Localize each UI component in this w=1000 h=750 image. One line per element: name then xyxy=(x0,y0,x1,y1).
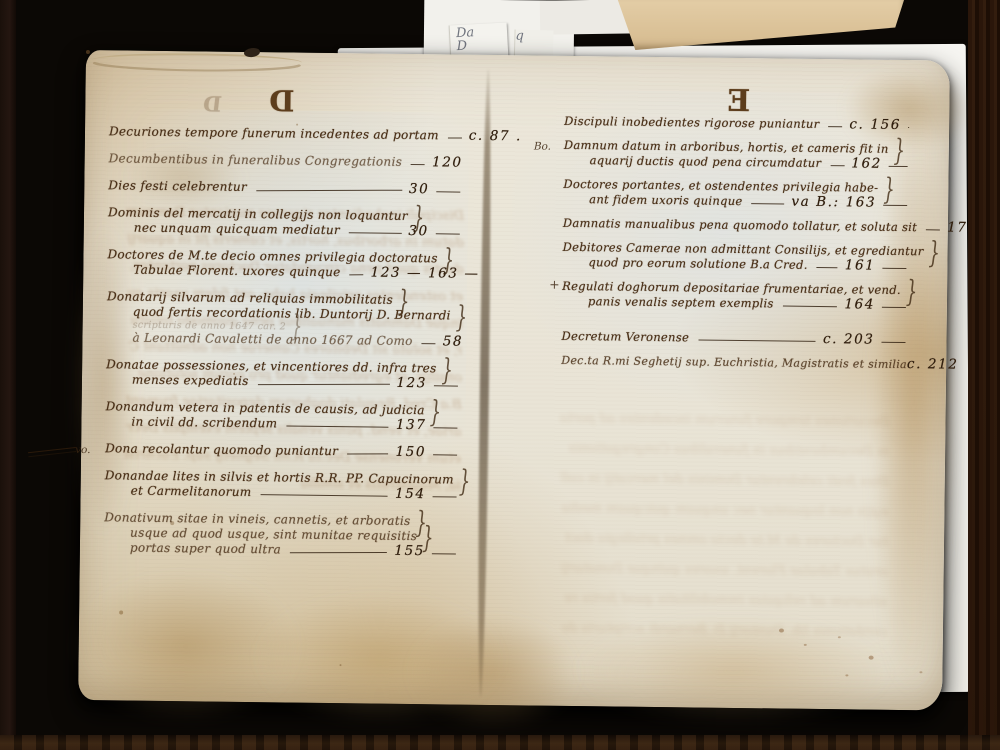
water-stain xyxy=(70,570,302,723)
dash-tail xyxy=(436,233,460,234)
photograph-of-manuscript: { "scene": { "description": "Open 17th-c… xyxy=(0,0,1000,750)
folio-number: 30 xyxy=(408,224,429,239)
brace-mark: } xyxy=(906,285,918,302)
entry-text: à Leonardi Cavaletti de anno 1667 ad Com… xyxy=(132,331,412,349)
dash-leader xyxy=(258,384,390,385)
dash-tail xyxy=(882,307,906,308)
bleed-right: Decuriones tempore funerum incedentes ad… xyxy=(557,404,890,652)
entry-text: Decretum Veronense xyxy=(561,329,689,346)
folio-number: 164 xyxy=(844,297,875,312)
dash-leader xyxy=(349,232,401,234)
page-stack-edges xyxy=(92,52,302,71)
entry-text: Dec.ta R.mi Seghetij sup. Euchristia, Ma… xyxy=(561,353,907,372)
entry-line: Doctores portantes, et ostendentes privi… xyxy=(563,177,907,196)
entry-text: usque ad quod usque, sint munitae requis… xyxy=(130,526,417,545)
index-entry: Doctores portantes, et ostendentes privi… xyxy=(563,177,907,211)
entry-text: Donandae lites in silvis et hortis R.R. … xyxy=(105,468,454,487)
index-entry: Donandum vetera in patentis de causis, a… xyxy=(105,399,457,433)
folio-number: 30 xyxy=(409,182,430,197)
dash-leader xyxy=(260,494,388,497)
entry-line: vo.Dona recolantur quomodo puniantur150 xyxy=(105,441,457,460)
entry-line: Donandum vetera in patentis de causis, a… xyxy=(106,399,458,418)
index-entry: Debitores Camerae non admittant Consilij… xyxy=(562,240,906,274)
index-entry: Dec.ta R.mi Seghetij sup. Euchristia, Ma… xyxy=(561,353,905,372)
water-stain xyxy=(843,65,974,153)
brace-mark: } xyxy=(291,319,303,336)
dash-tail xyxy=(882,268,906,269)
entry-line: Debitores Camerae non admittant Consilij… xyxy=(563,240,907,259)
entry-line: portas super quod ultra155 xyxy=(130,541,456,560)
dash-leader xyxy=(448,137,462,138)
bleed-left: Discipuli inobedientes rigorose puniantu… xyxy=(120,198,464,532)
brace-mark: } xyxy=(413,211,425,228)
entry-line: ant fidem uxoris quinqueva B.: 163 xyxy=(589,192,907,211)
manila-folder xyxy=(612,0,904,50)
brace-mark: } xyxy=(456,310,468,327)
folio-number: c. 87 . xyxy=(469,129,522,145)
entry-line: Dec.ta R.mi Seghetij sup. Euchristia, Ma… xyxy=(561,353,905,372)
entry-text: et Carmelitanorum xyxy=(131,484,252,500)
entry-line: panis venalis septem exemplis164 xyxy=(588,294,906,313)
brace-mark: } xyxy=(459,474,471,491)
entry-line: quod fertis recordationis lib. Duntorij … xyxy=(133,305,459,324)
entry-text: quod pro eorum solutione B.a Cred. xyxy=(588,255,807,273)
dash-tail xyxy=(433,427,457,428)
index-entry: Decretum Veronensec. 203 xyxy=(561,329,905,348)
entry-line: et Carmelitanorum154 xyxy=(131,484,457,503)
dash-leader xyxy=(830,165,844,166)
index-entry: Donatae possessiones, et vincentiores dd… xyxy=(106,357,458,391)
entry-line: Donandae lites in silvis et hortis R.R. … xyxy=(105,468,457,487)
folio-number: 155 xyxy=(394,544,425,559)
dash-leader xyxy=(783,306,838,308)
entry-text: Dona recolantur quomodo puniantur xyxy=(105,441,338,459)
dash-tail xyxy=(889,166,908,167)
dash-leader xyxy=(422,343,436,344)
brace-mark: } xyxy=(928,246,940,263)
binding-remnant xyxy=(243,47,260,58)
book-gutter xyxy=(476,69,493,697)
water-stain xyxy=(124,146,245,207)
brace-mark: } xyxy=(443,253,455,270)
brace-mark: } xyxy=(415,516,427,533)
margin-mark: vo. xyxy=(75,443,91,458)
dash-tail xyxy=(436,191,460,192)
entry-line: à Leonardi Cavaletti de anno 1667 ad Com… xyxy=(132,331,458,350)
entry-line: Decumbentibus in funeralibus Congregatio… xyxy=(109,151,461,170)
dash-leader xyxy=(286,425,389,427)
entry-line: Damnatis manualibus pena quomodo tollatu… xyxy=(563,216,907,235)
entry-line: Dies festi celebrentur30 xyxy=(108,178,460,197)
dash-tail xyxy=(434,385,458,386)
entry-line: quod pro eorum solutione B.a Cred.161 xyxy=(588,255,906,274)
folio-number: 154 xyxy=(395,487,426,502)
dash-tail xyxy=(883,205,907,206)
entry-line: Discipuli inobedientes rigorose puniantu… xyxy=(564,114,908,133)
dash-leader xyxy=(256,190,402,192)
entry-line: +Regulati doghorum depositariae frumenta… xyxy=(562,279,906,298)
entry-text: Damnatis manualibus pena quomodo tollatu… xyxy=(563,216,917,235)
index-entry: Dies festi celebrentur30 xyxy=(108,178,460,197)
dash-leader xyxy=(347,453,388,454)
index-entry: +Regulati doghorum depositariae frumenta… xyxy=(562,279,906,313)
entry-text: Debitores Camerae non admittant Consilij… xyxy=(563,240,924,259)
dash-leader xyxy=(817,267,838,268)
index-entry: Donandae lites in silvis et hortis R.R. … xyxy=(105,468,457,502)
brace-mark: } xyxy=(422,531,434,548)
entry-text: quod fertis recordationis lib. Duntorij … xyxy=(133,305,451,324)
entry-text: scripturis de anno 1647 car. 2 xyxy=(133,320,287,333)
entry-line: scripturis de anno 1647 car. 2} xyxy=(133,320,459,335)
entry-text: ant fidem uxoris quinque xyxy=(589,192,743,209)
index-entry: Bo.Damnum datum in arboribus, hortis, et… xyxy=(564,138,908,172)
brace-mark: } xyxy=(441,363,453,380)
index-entry: Decuriones tempore funerum incedentes ad… xyxy=(109,124,461,143)
dash-leader xyxy=(926,229,940,230)
index-entry: Donatarij silvarum ad reliquias immobili… xyxy=(106,289,459,349)
entry-text: panis venalis septem exemplis xyxy=(588,294,774,311)
entry-text: Doctores portantes, et ostendentes privi… xyxy=(563,177,878,196)
dash-leader xyxy=(411,164,425,165)
dash-leader xyxy=(350,274,364,275)
index-entry: Discipuli inobedientes rigorose puniantu… xyxy=(564,114,908,133)
right-page xyxy=(510,89,934,404)
foxing-speckles xyxy=(86,50,90,54)
entry-text: Decumbentibus in funeralibus Congregatio… xyxy=(109,151,403,170)
folio-number: 120 xyxy=(432,155,463,170)
dash-tail xyxy=(433,454,457,455)
entry-text: Donandum vetera in patentis de causis, a… xyxy=(106,399,425,418)
index-entry: Doctores de M.te decio omnes privilegia … xyxy=(107,247,459,281)
folio-number: c. 203 xyxy=(823,332,875,348)
index-entry: vo.Dona recolantur quomodo puniantur150 xyxy=(105,441,457,460)
left-page-content: Decuriones tempore funerum incedentes ad… xyxy=(104,124,461,571)
section-letter-e: E xyxy=(727,84,750,119)
entry-line: in civil dd. scribendum137 xyxy=(131,415,457,434)
margin-mark: + xyxy=(549,277,560,292)
entry-line: Donatarij silvarum ad reliquias immobili… xyxy=(107,289,459,308)
table-wood-right xyxy=(968,0,1000,750)
entry-text: aquarij ductis quod pena circumdatur xyxy=(590,153,822,171)
entry-line: Decuriones tempore funerum incedentes ad… xyxy=(109,124,461,143)
folio-number: 161 xyxy=(845,258,876,273)
section-letter-d: D xyxy=(269,84,295,118)
folio-number: c. 156 xyxy=(849,117,901,133)
entry-text: Regulati doghorum depositariae frumentar… xyxy=(562,279,901,298)
entry-line: Tabulae Florent. uxores quinque123 — 163… xyxy=(133,263,459,282)
dash-tail xyxy=(433,496,457,497)
tab-writing: q xyxy=(515,30,553,44)
folio-number: 123 xyxy=(396,376,427,391)
entry-line: usque ad quod usque, sint munitae requis… xyxy=(130,526,456,545)
entry-text: Damnum datum in arboribus, hortis, et ca… xyxy=(564,138,889,157)
left-page xyxy=(98,108,469,542)
brace-mark: } xyxy=(893,144,905,161)
entry-text: menses expediatis xyxy=(132,373,249,389)
entry-line: Bo.Damnum datum in arboribus, hortis, et… xyxy=(564,138,908,157)
index-entry: Donativum sitae in vineis, cannetis, et … xyxy=(104,510,457,559)
entry-line: Donatae possessiones, et vincentiores dd… xyxy=(106,357,458,376)
entry-text: Donativum sitae in vineis, cannetis, et … xyxy=(104,510,410,529)
entry-text: Donatarij silvarum ad reliquias immobili… xyxy=(107,289,393,307)
table-wood-bottom xyxy=(0,735,1000,750)
margin-mark: Bo. xyxy=(534,139,551,154)
index-entry: Decumbentibus in funeralibus Congregatio… xyxy=(109,151,461,170)
water-stain xyxy=(408,614,579,731)
index-entry: Dominis del mercatij in collegijs non lo… xyxy=(108,205,460,239)
water-stain xyxy=(578,616,889,725)
brace-mark: } xyxy=(398,295,410,312)
dash-tail xyxy=(432,553,456,554)
table-wood-left xyxy=(0,0,16,750)
folio-number: 150 xyxy=(395,445,426,460)
right-page-content: Discipuli inobedientes rigorose puniantu… xyxy=(561,114,908,381)
entry-line: Decretum Veronensec. 203 xyxy=(561,329,905,348)
dash-tail xyxy=(881,342,905,343)
entry-line: Doctores de M.te decio omnes privilegia … xyxy=(107,247,459,266)
entry-line: aquarij ductis quod pena circumdatur162 xyxy=(590,153,908,172)
section-letter-ghost: D xyxy=(202,91,223,116)
folio-number: 137 xyxy=(396,418,427,433)
entry-line: nec unquam quicquam mediatur30 xyxy=(134,221,460,240)
dash-leader xyxy=(698,339,816,341)
folio-number: c. 212 xyxy=(907,357,959,373)
entry-line: menses expediatis123 xyxy=(132,373,458,392)
entry-text: Tabulae Florent. uxores quinque xyxy=(133,263,340,281)
entry-line: Donativum sitae in vineis, cannetis, et … xyxy=(104,510,456,529)
entry-text: Dies festi celebrentur xyxy=(108,178,247,195)
entry-text: Decuriones tempore funerum incedentes ad… xyxy=(109,124,439,143)
entry-text: Donatae possessiones, et vincentiores dd… xyxy=(106,357,437,376)
tab-writing: D xyxy=(456,37,508,53)
brace-mark: } xyxy=(883,183,895,200)
brace-mark: } xyxy=(430,405,442,422)
foxing-speckles xyxy=(779,629,784,633)
folio-number: 58 xyxy=(443,334,464,349)
entry-text: in civil dd. scribendum xyxy=(131,415,277,432)
entry-text: Dominis del mercatij in collegijs non lo… xyxy=(108,205,408,224)
folio-number: 162 xyxy=(851,156,882,171)
dash-leader xyxy=(828,126,842,127)
folio-number: 123 — 163 — xyxy=(370,265,479,281)
dash-leader xyxy=(290,552,387,553)
entry-text: Discipuli inobedientes rigorose puniantu… xyxy=(564,114,819,132)
open-manuscript-book: Discipuli inobedientes rigorose puniantu… xyxy=(78,50,950,711)
entry-line: Dominis del mercatij in collegijs non lo… xyxy=(108,205,460,224)
entry-text: nec unquam quicquam mediatur xyxy=(134,221,340,239)
index-entry: Damnatis manualibus pena quomodo tollatu… xyxy=(563,216,907,235)
dash-leader xyxy=(752,203,785,204)
folio-number: va B.: 163 xyxy=(791,195,876,211)
water-stain xyxy=(70,220,138,541)
entry-text: portas super quod ultra xyxy=(130,541,281,558)
entry-text: Doctores de M.te decio omnes privilegia … xyxy=(107,247,437,266)
